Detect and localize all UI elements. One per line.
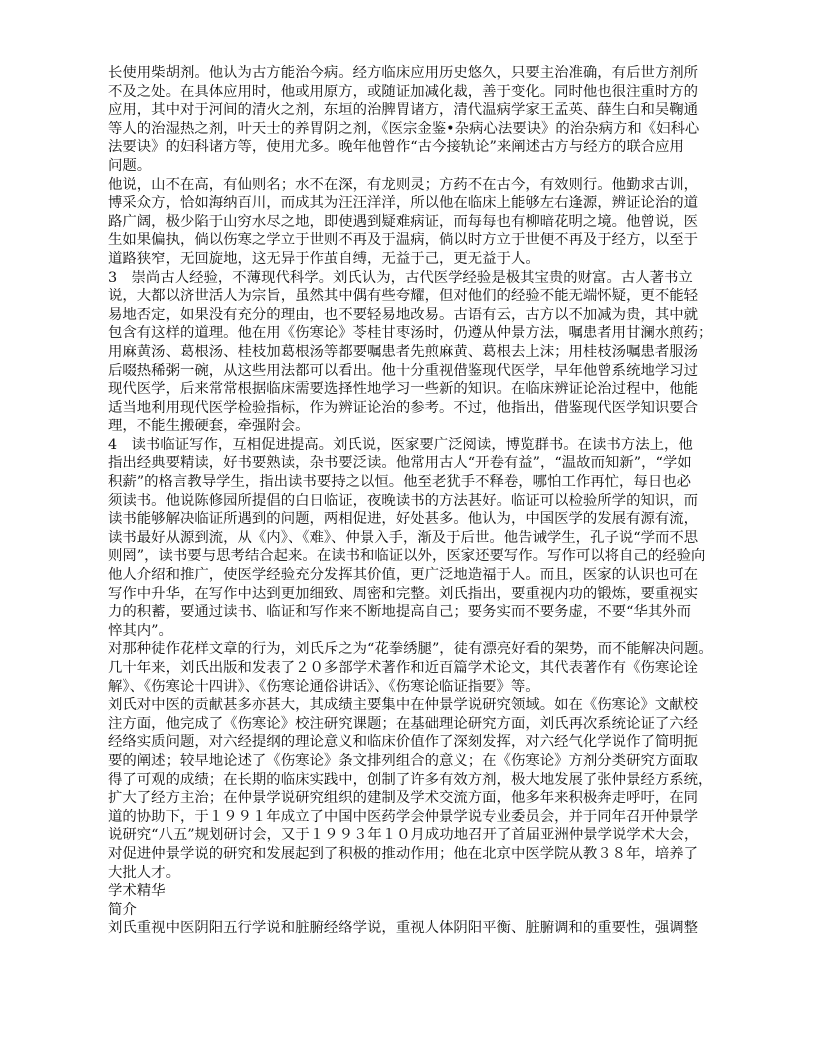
text-line: 道路狭窄，无回旋地，这无异于作茧自缚，无益于己，更无益于人。: [108, 250, 718, 269]
text-line: 则罔”，读书要与思考结合起来。在读书和临证以外，医家还要写作。写作可以将自己的经…: [108, 547, 718, 566]
text-line: 力的积蓄，要通过读书、临证和写作来不断地提高自己；要务实而不要务虚，不要“华其外…: [108, 603, 718, 622]
text-line: 悴其内”。: [108, 622, 718, 641]
text-line: 3 崇尚古人经验，不薄现代科学。刘氏认为，古代医学经验是极其宝贵的财富。古人著书…: [108, 269, 718, 288]
text-line: 易地否定，如果没有充分的理由，也不要轻易地改易。古语有云，古方以不加减为贵，其中…: [108, 306, 718, 325]
text-line: 解》、《伤寒论十四讲》、《伤寒论通俗讲话》、《伤寒论临证指要》等。: [108, 678, 718, 697]
paragraph: 他说，山不在高，有仙则名；水不在深，有龙则灵；方药不在古今，有效则行。他勤求古训…: [108, 176, 718, 269]
text-line: 说，大都以济世活人为宗旨，虽然其中偶有些夸耀，但对他们的经验不能无端怀疑，更不能…: [108, 287, 718, 306]
text-line: 大批人才。: [108, 864, 718, 883]
paragraph: 几十年来，刘氏出版和发表了２０多部学术著作和近百篇学术论文，其代表著作有《伤寒论…: [108, 659, 718, 696]
paragraph: 对那种徒作花样文章的行为，刘氏斥之为“花拳绣腿”，徒有漂亮好看的架势，而不能解决…: [108, 640, 718, 659]
text-line: 刘氏重视中医阴阳五行学说和脏腑经络学说，重视人体阴阳平衡、脏腑调和的重要性，强调…: [108, 919, 718, 938]
text-line: 等人的治湿热之剂，叶天士的养胃阴之剂，《医宗金鉴•杂病心法要诀》的治杂病方和《妇…: [108, 120, 718, 139]
text-line: 对促进仲景学说的研究和发展起到了积极的推动作用；他在北京中医学院从教３８年，培养…: [108, 845, 718, 864]
text-line: 博采众方，恰如海纳百川，而成其为汪汪洋洋，所以他在临床上能够左右逢源，辨证论治的…: [108, 194, 718, 213]
text-line: 他人介绍和推广，使医学经验充分发挥其价值，更广泛地造福于人。而且，医家的认识也可…: [108, 566, 718, 585]
text-line: 扩大了经方主治；在仲景学说研究组织的建制及学术交流方面，他多年来积极奔走呼吁，在…: [108, 789, 718, 808]
section-heading: 学术精华: [108, 882, 718, 901]
text-line: 适当地利用现代医学检验指标，作为辨证论治的参考。不过，他指出，借鉴现代医学知识要…: [108, 399, 718, 418]
section-heading: 简介: [108, 901, 718, 920]
text-line: 问题。: [108, 157, 718, 176]
text-line: 积薪”的格言教导学生，指出读书要持之以恒。他至老犹手不释卷，哪怕工作再忙，每日也…: [108, 473, 718, 492]
text-line: 须读书。他说陈修园所提倡的白日临证，夜晚读书的方法甚好。临证可以检验所学的知识，…: [108, 492, 718, 511]
text-line: 现代医学，后来常常根据临床需要选择性地学习一些新的知识。在临床辨证论治过程中，他…: [108, 380, 718, 399]
text-line: 要的阐述；较早地论述了《伤寒论》条文排列组合的意义；在《伤寒论》方剂分类研究方面…: [108, 752, 718, 771]
text-line: 理，不能生搬硬套，牵强附会。: [108, 417, 718, 436]
text-line: 几十年来，刘氏出版和发表了２０多部学术著作和近百篇学术论文，其代表著作有《伤寒论…: [108, 659, 718, 678]
paragraph: 长使用柴胡剂。他认为古方能治今病。经方临床应用历史悠久，只要主治准确，有后世方剂…: [108, 64, 718, 176]
text-line: 学术精华: [108, 882, 718, 901]
text-line: 读书最好从源到流，从《内》、《难》、仲景入手，渐及于后世。他告诫学生，孔子说“学…: [108, 529, 718, 548]
text-line: 他说，山不在高，有仙则名；水不在深，有龙则灵；方药不在古今，有效则行。他勤求古训…: [108, 176, 718, 195]
text-line: 路广阔，极少陷于山穷水尽之地，即使遇到疑难病证，而每每也有柳暗花明之境。他曾说，…: [108, 213, 718, 232]
text-line: 简介: [108, 901, 718, 920]
text-line: 对那种徒作花样文章的行为，刘氏斥之为“花拳绣腿”，徒有漂亮好看的架势，而不能解决…: [108, 640, 718, 659]
text-line: 不及之处。在具体应用时，他或用原方，或随证加减化裁，善于变化。同时他也很注重时方…: [108, 83, 718, 102]
text-line: 应用，其中对于河间的清火之剂，东垣的治脾胃诸方，清代温病学家王孟英、薛生白和吴鞠…: [108, 101, 718, 120]
text-line: 写作中升华，在写作中达到更加细致、周密和完整。刘氏指出，要重视内功的锻炼，要重视…: [108, 585, 718, 604]
text-line: 法要诀》的妇科诸方等，使用尤多。晚年他曾作“古今接轨论”来阐述古方与经方的联合应…: [108, 138, 718, 157]
text-line: 说研究“八五”规划研讨会，又于１９９３年１０月成功地召开了首届亚洲仲景学说学术大…: [108, 826, 718, 845]
paragraph: 刘氏重视中医阴阳五行学说和脏腑经络学说，重视人体阴阳平衡、脏腑调和的重要性，强调…: [108, 919, 718, 938]
text-line: 得了可观的成绩；在长期的临床实践中，创制了许多有效方剂，极大地发展了张仲景经方系…: [108, 771, 718, 790]
text-line: 刘氏对中医的贡献甚多亦甚大，其成绩主要集中在仲景学说研究领域。如在《伤寒论》文献…: [108, 696, 718, 715]
document-page: 长使用柴胡剂。他认为古方能治今病。经方临床应用历史悠久，只要主治准确，有后世方剂…: [108, 64, 718, 938]
text-line: 读书能够解决临证所遇到的问题，两相促进，好处甚多。他认为，中国医学的发展有源有流…: [108, 510, 718, 529]
text-line: 包含有这样的道理。他在用《伤寒论》苓桂甘枣汤时，仍遵从仲景方法，嘱患者用甘澜水煎…: [108, 324, 718, 343]
text-line: 4 读书临证写作，互相促进提高。刘氏说，医家要广泛阅读，博览群书。在读书方法上，…: [108, 436, 718, 455]
text-line: 长使用柴胡剂。他认为古方能治今病。经方临床应用历史悠久，只要主治准确，有后世方剂…: [108, 64, 718, 83]
text-line: 后啜热稀粥一碗，从这些用法都可以看出。他十分重视借鉴现代医学，早年他曾系统地学习…: [108, 362, 718, 381]
text-line: 注方面，他完成了《伤寒论》校注研究课题；在基础理论研究方面，刘氏再次系统论证了六…: [108, 715, 718, 734]
text-line: 道的协助下，于１９９１年成立了中国中医药学会仲景学说专业委员会，并于同年召开仲景…: [108, 808, 718, 827]
text-line: 用麻黄汤、葛根汤、桂枝加葛根汤等都要嘱患者先煎麻黄、葛根去上沫；用桂枝汤嘱患者服…: [108, 343, 718, 362]
paragraph: 4 读书临证写作，互相促进提高。刘氏说，医家要广泛阅读，博览群书。在读书方法上，…: [108, 436, 718, 641]
paragraph: 刘氏对中医的贡献甚多亦甚大，其成绩主要集中在仲景学说研究领域。如在《伤寒论》文献…: [108, 696, 718, 882]
text-line: 指出经典要精读，好书要熟读，杂书要泛读。他常用古人“开卷有益”，“温故而知新”，…: [108, 454, 718, 473]
text-line: 生如果偏执，倘以伤寒之学立于世则不再及于温病，倘以时方立于世便不再及于经方，以至…: [108, 231, 718, 250]
text-line: 经络实质问题，对六经提纲的理论意义和临床价值作了深刻发挥，对六经气化学说作了简明…: [108, 733, 718, 752]
paragraph: 3 崇尚古人经验，不薄现代科学。刘氏认为，古代医学经验是极其宝贵的财富。古人著书…: [108, 269, 718, 436]
